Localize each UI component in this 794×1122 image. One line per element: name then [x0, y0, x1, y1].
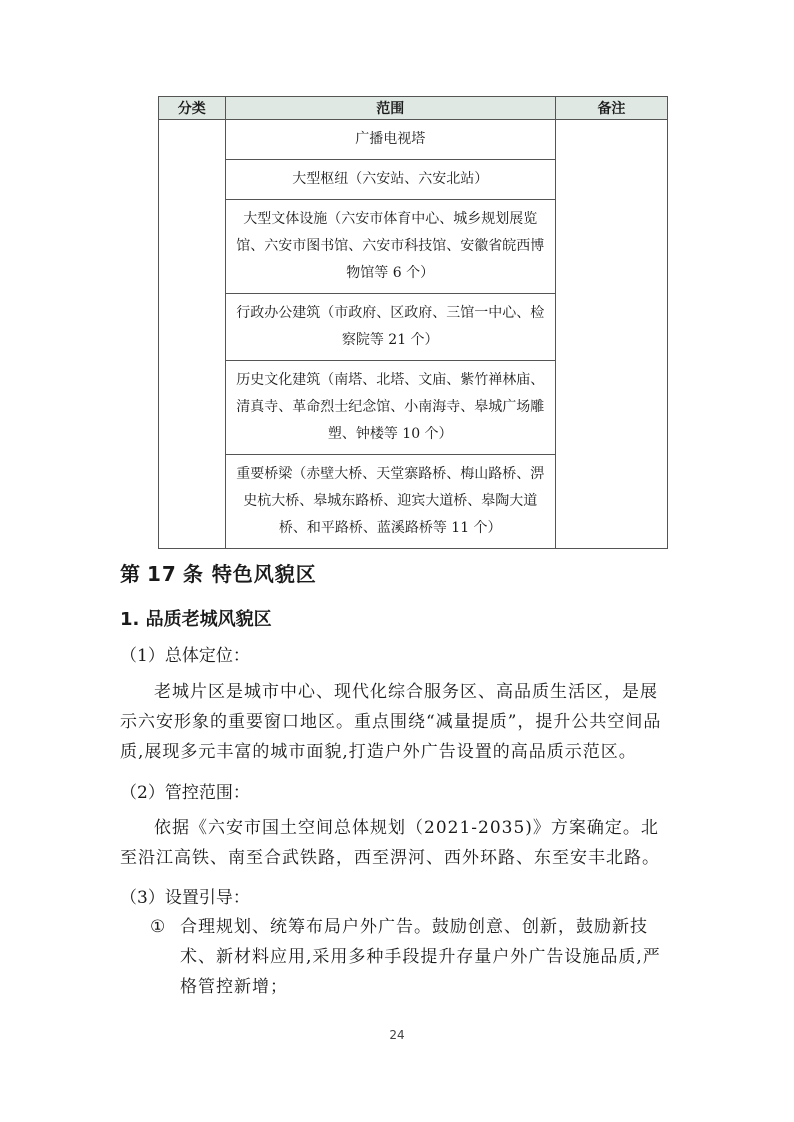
range-cell: 历史文化建筑（南塔、北塔、文庙、紫竹禅林庙、清真寺、革命烈士纪念馆、小南海寺、皋…	[225, 361, 555, 455]
range-cell: 重要桥梁（赤壁大桥、天堂寨路桥、梅山路桥、淠史杭大桥、皋城东路桥、迎宾大道桥、皋…	[225, 455, 555, 549]
facility-table: 分类 范围 备注 广播电视塔 大型枢纽（六安站、六安北站） 大型文体设施（六安市…	[158, 96, 668, 549]
range-cell: 大型枢纽（六安站、六安北站）	[225, 160, 555, 200]
subheading-scope: （2）管控范围：	[120, 778, 250, 803]
header-category: 分类	[159, 97, 226, 120]
header-note: 备注	[555, 97, 667, 120]
list-item: ① 合理规划、统筹布局户外广告。鼓励创意、创新，鼓励新技术、新材料应用,采用多种…	[150, 912, 675, 1002]
note-cell	[555, 120, 667, 549]
subheading-guidance: （3）设置引导：	[120, 883, 250, 908]
article-heading: 第17条 特色风貌区	[120, 558, 317, 587]
list-item-text: 合理规划、统筹布局户外广告。鼓励创意、创新，鼓励新技术、新材料应用,采用多种手段…	[180, 912, 675, 1002]
category-cell	[159, 120, 226, 549]
article-prefix: 第	[120, 562, 141, 586]
paragraph-scope: 依据《六安市国土空间总体规划（2021-2035)》方案确定。北至沿江高铁、南至…	[120, 813, 675, 873]
article-title: 特色风貌区	[212, 562, 317, 586]
section-heading: 1. 品质老城风貌区	[120, 605, 272, 631]
circled-number-1: ①	[150, 912, 180, 1002]
header-range: 范围	[225, 97, 555, 120]
range-cell: 广播电视塔	[225, 120, 555, 160]
range-cell: 行政办公建筑（市政府、区政府、三馆一中心、检察院等 21 个）	[225, 294, 555, 361]
table-header-row: 分类 范围 备注	[159, 97, 668, 120]
page-number: 24	[0, 1028, 794, 1042]
article-suffix: 条	[183, 562, 204, 586]
subheading-positioning: （1）总体定位：	[120, 641, 250, 666]
table-row: 广播电视塔	[159, 120, 668, 160]
range-cell: 大型文体设施（六安市体育中心、城乡规划展览馆、六安市图书馆、六安市科技馆、安徽省…	[225, 200, 555, 294]
paragraph-positioning: 老城片区是城市中心、现代化综合服务区、高品质生活区，是展示六安形象的重要窗口地区…	[120, 677, 675, 767]
article-number: 17	[147, 562, 177, 586]
